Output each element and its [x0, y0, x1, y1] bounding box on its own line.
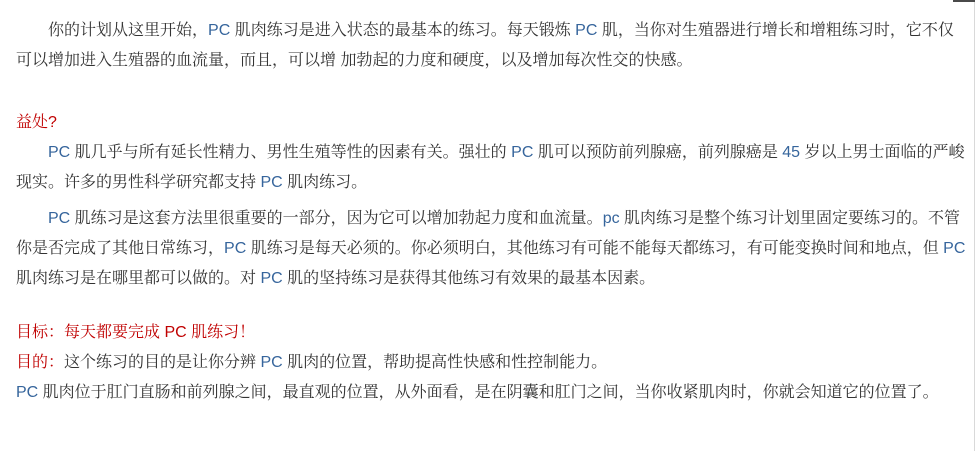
- paragraph-importance: PC 肌练习是这套方法里很重要的一部分，因为它可以增加勃起力度和血流量。pc 肌…: [16, 204, 976, 294]
- pc-term: PC: [48, 144, 70, 161]
- text-segment: 肌几乎与所有延长性精力、男性生殖等性的因素有关。强壮的: [70, 144, 511, 161]
- goal-heading: 目标：每天都要完成 PC 肌练习！: [16, 318, 976, 348]
- goal-section: 目标：每天都要完成 PC 肌练习！ 目的：这个练习的目的是让你分辨 PC 肌肉的…: [16, 318, 976, 408]
- paragraph-intro: 你的计划从这里开始，PC 肌肉练习是进入状态的最基本的练习。每天锻炼 PC 肌，…: [16, 16, 976, 76]
- text-line: 现实。许多的男性科学研究都支持 PC 肌肉练习。: [16, 168, 976, 198]
- text-line: PC 肌几乎与所有延长性精力、男性生殖等性的因素有关。强壮的 PC 肌可以预防前…: [16, 138, 976, 168]
- pc-term: PC: [224, 240, 246, 257]
- pc-term: pc: [603, 210, 620, 227]
- pc-term: PC: [208, 22, 230, 39]
- text-segment: 现实。许多的男性科学研究都支持: [16, 174, 260, 191]
- text-segment: 肌肉练习是在哪里都可以做的。对: [16, 270, 260, 287]
- number-term: 45: [782, 144, 800, 161]
- purpose-label: 目的：: [16, 354, 64, 371]
- text-segment: 这个练习的目的是让你分辨: [64, 354, 260, 371]
- text-line: 肌肉练习是在哪里都可以做的。对 PC 肌的坚持练习是获得其他练习有效果的最基本因…: [16, 264, 976, 294]
- pc-term: PC: [16, 384, 38, 401]
- text-segment: 肌肉练习。: [283, 174, 367, 191]
- pc-term: PC: [260, 270, 282, 287]
- pc-term: PC: [511, 144, 533, 161]
- heading-text: 益处?: [16, 114, 57, 131]
- text-segment: 肌肉位于肛门直肠和前列腺之间，最直观的位置，从外面看，是在阴囊和肛门之间，当你收…: [38, 384, 938, 401]
- text-segment: 可以增加进入生殖器的血流量，而且，可以增 加勃起的力度和硬度，以及增加每次性交的…: [16, 52, 692, 69]
- pc-term: PC: [943, 240, 965, 257]
- pc-term: PC: [260, 354, 282, 371]
- location-line: PC 肌肉位于肛门直肠和前列腺之间，最直观的位置，从外面看，是在阴囊和肛门之间，…: [16, 378, 976, 408]
- text-segment: 肌肉练习是整个练习计划里固定要练习的。不管: [620, 210, 960, 227]
- pc-term: PC: [260, 174, 282, 191]
- text-segment: 肌可以预防前列腺癌，前列腺癌是: [533, 144, 782, 161]
- text-segment: 你是否完成了其他日常练习，: [16, 240, 224, 257]
- pc-term: PC: [48, 210, 70, 227]
- text-line: 可以增加进入生殖器的血流量，而且，可以增 加勃起的力度和硬度，以及增加每次性交的…: [16, 46, 976, 76]
- text-line: 你是否完成了其他日常练习，PC 肌练习是每天必须的。你必须明白，其他练习有可能不…: [16, 234, 976, 264]
- text-segment: 肌练习是这套方法里很重要的一部分，因为它可以增加勃起力度和血流量。: [70, 210, 602, 227]
- text-segment: 肌，当你对生殖器进行增长和增粗练习时，它不仅: [597, 22, 953, 39]
- purpose-line: 目的：这个练习的目的是让你分辨 PC 肌肉的位置，帮助提高性快感和性控制能力。: [16, 348, 976, 378]
- text-segment: 肌肉的位置，帮助提高性快感和性控制能力。: [283, 354, 607, 371]
- text-line: 你的计划从这里开始，PC 肌肉练习是进入状态的最基本的练习。每天锻炼 PC 肌，…: [16, 16, 976, 46]
- text-line: PC 肌练习是这套方法里很重要的一部分，因为它可以增加勃起力度和血流量。pc 肌…: [16, 204, 976, 234]
- text-segment: 你的计划从这里开始，: [48, 22, 208, 39]
- heading-text: 目标：每天都要完成 PC 肌练习！: [16, 324, 255, 341]
- benefits-section: 益处?: [16, 108, 976, 138]
- page-right-border: [974, 0, 975, 451]
- text-segment: 肌的坚持练习是获得其他练习有效果的最基本因素。: [283, 270, 655, 287]
- pc-term: PC: [575, 22, 597, 39]
- document-page: 你的计划从这里开始，PC 肌肉练习是进入状态的最基本的练习。每天锻炼 PC 肌，…: [0, 0, 976, 408]
- text-segment: 肌练习是每天必须的。你必须明白，其他练习有可能不能每天都练习，有可能变换时间和地…: [246, 240, 943, 257]
- benefits-heading: 益处?: [16, 108, 976, 138]
- text-segment: 肌肉练习是进入状态的最基本的练习。每天锻炼: [230, 22, 575, 39]
- text-segment: 岁以上男士面临的严峻: [800, 144, 964, 161]
- top-edge-mark: [953, 0, 975, 2]
- paragraph-benefits: PC 肌几乎与所有延长性精力、男性生殖等性的因素有关。强壮的 PC 肌可以预防前…: [16, 138, 976, 198]
